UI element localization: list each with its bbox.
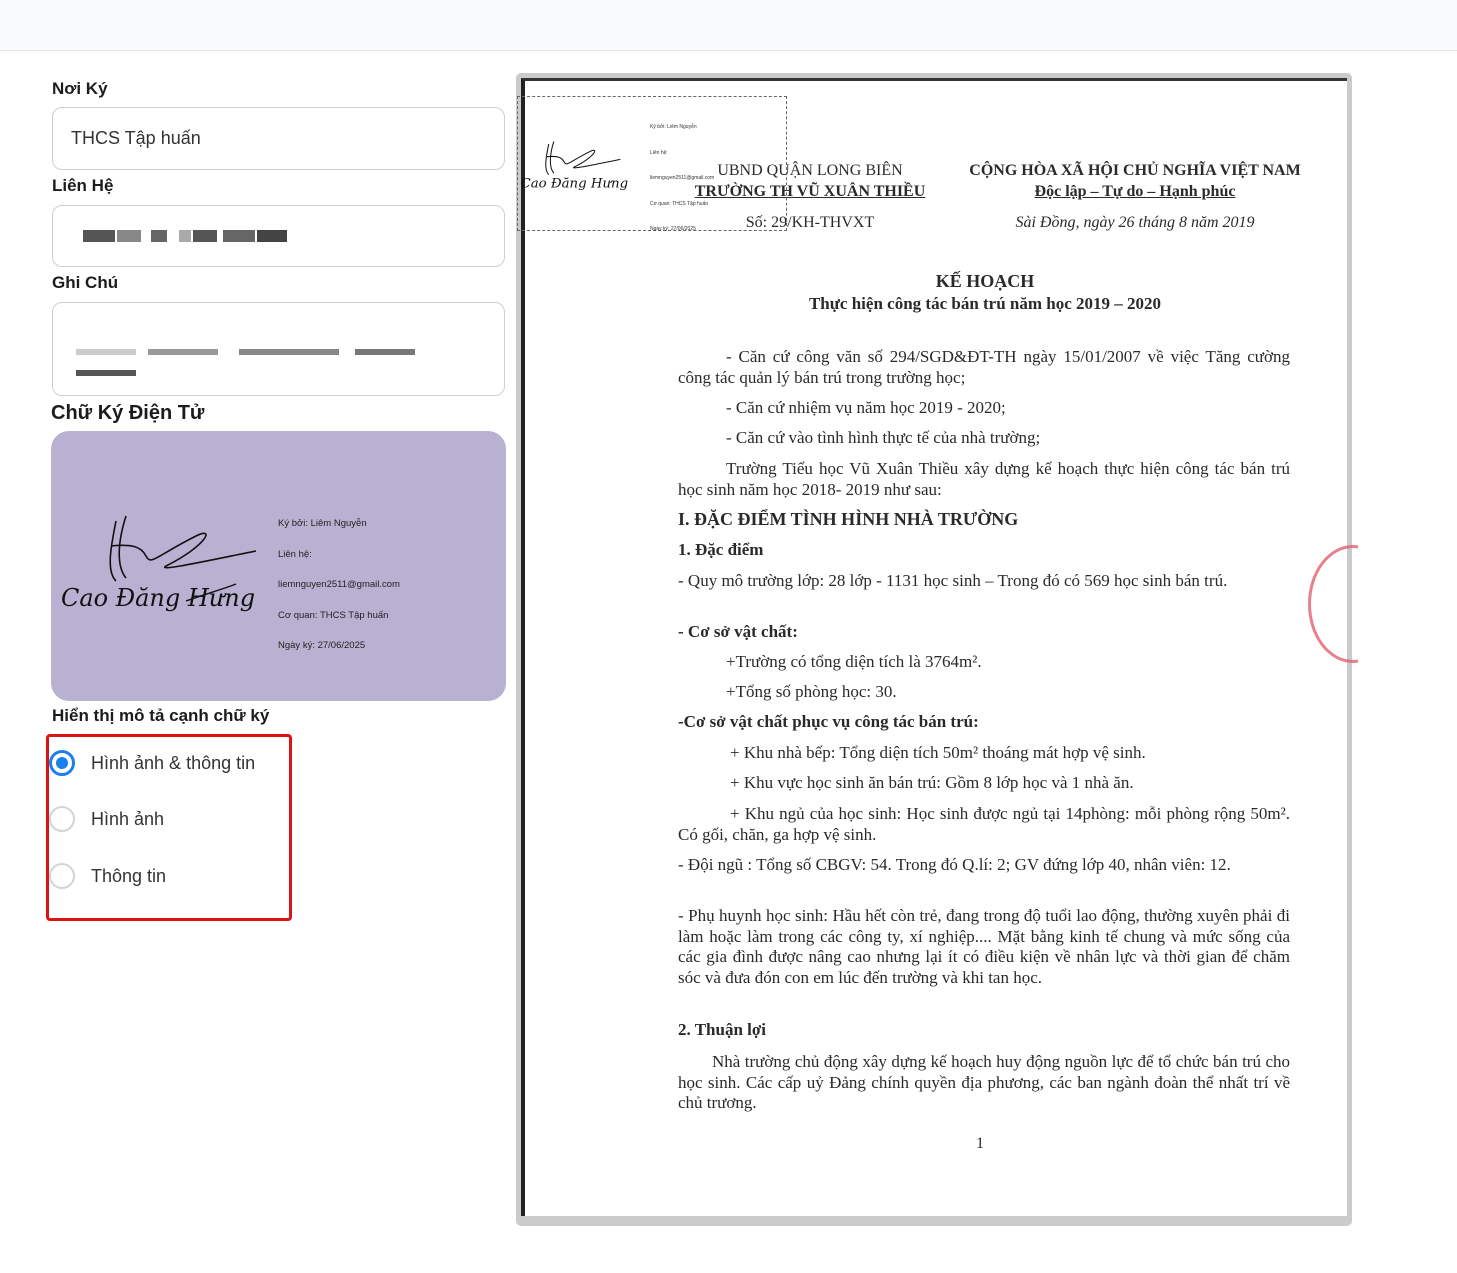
paragraph: - Đội ngũ : Tổng số CBGV: 54. Trong đó Q… [678,854,1290,875]
paragraph: - Căn cứ vào tình hình thực tế của nhà t… [678,427,1290,448]
paragraph: - Quy mô trường lớp: 28 lớp - 1131 học s… [678,570,1290,591]
overlay-email: liemnguyen2511@gmail.com [650,166,714,192]
overlay-org: Cơ quan: THCS Tập huấn [650,192,714,218]
overlay-contact: Liên hệ: [650,141,714,167]
subsection-heading: 2. Thuận lợi [678,1019,1290,1040]
overlay-signed-by: Ký bởi: Liêm Nguyễn [650,115,714,141]
paragraph: -Cơ sở vật chất phục vụ công tác bán trú… [678,711,1290,732]
paragraph: - Phụ huynh học sinh: Hầu hết còn trẻ, đ… [678,906,1290,988]
subsection-heading: 1. Đặc điểm [678,539,1290,560]
document-subtitle: Thực hiện công tác bán trú năm học 2019 … [680,294,1290,314]
paragraph: +Trường có tổng diện tích là 3764m². [726,651,1338,672]
nation-line: CỘNG HÒA XÃ HỘI CHỦ NGHĨA VIỆT NAM [950,160,1320,181]
right-header: CỘNG HÒA XÃ HỘI CHỦ NGHĨA VIỆT NAM Độc l… [950,160,1320,233]
section-heading: I. ĐẶC ĐIỂM TÌNH HÌNH NHÀ TRƯỜNG [678,509,1290,530]
overlay-signature-info: Ký bởi: Liêm Nguyễn Liên hệ: liemnguyen2… [650,115,714,243]
page-number: 1 [960,1135,1000,1153]
paragraph: + Khu ngủ của học sinh: Học sinh được ng… [678,803,1290,845]
paragraph: - Căn cứ nhiệm vụ năm học 2019 - 2020; [678,397,1290,418]
paragraph: - Cơ sở vật chất: [678,621,1290,642]
motto-line: Độc lập – Tự do – Hạnh phúc [950,181,1320,202]
paragraph: Nhà trường chủ động xây dựng kế hoạch hu… [678,1052,1290,1114]
paragraph: Trường Tiểu học Vũ Xuân Thiều xây dựng k… [678,458,1290,500]
signature-placement-overlay[interactable]: Cao Đăng Hưng Ký bởi: Liêm Nguyễn Liên h… [517,96,787,231]
place-date-line: Sài Đồng, ngày 26 tháng 8 năm 2019 [950,212,1320,233]
paragraph: + Khu vực học sinh ăn bán trú: Gồm 8 lớp… [730,772,1342,793]
paragraph: + Khu nhà bếp: Tổng diện tích 50m² thoán… [730,742,1342,763]
paragraph: - Căn cứ công văn số 294/SGD&ĐT-TH ngày … [678,346,1290,388]
svg-text:Cao Đăng Hưng: Cao Đăng Hưng [521,176,628,191]
paragraph: +Tổng số phòng học: 30. [726,681,1338,702]
handwritten-signature-thumbnail: Cao Đăng Hưng [518,112,628,222]
document-title: KẾ HOẠCH [680,271,1290,292]
overlay-date: Ngày ký: 27/06/2025 [650,217,714,243]
